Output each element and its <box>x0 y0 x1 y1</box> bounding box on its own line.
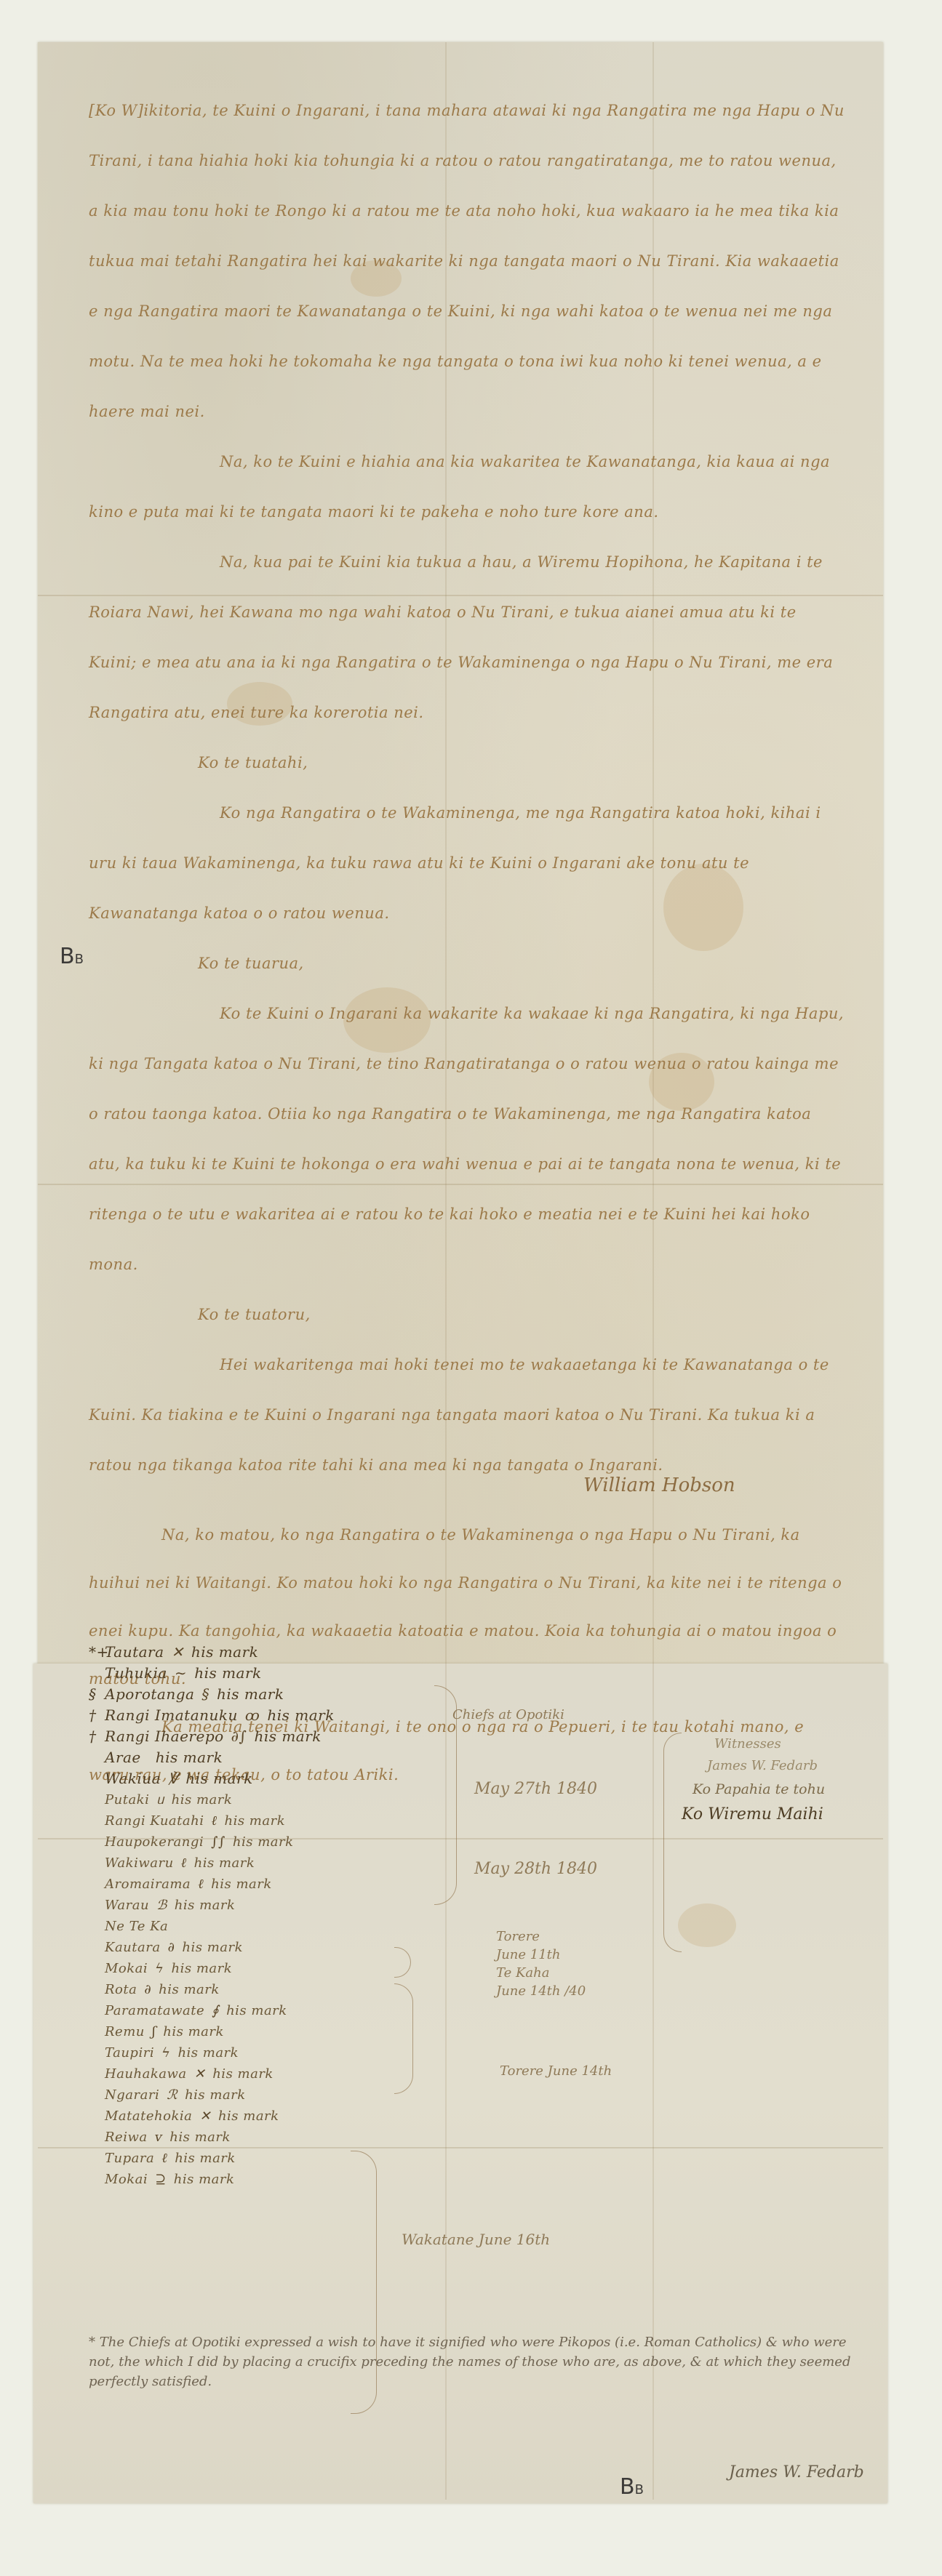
his-mark-label: his mark <box>163 2024 224 2039</box>
crucifix-marker: † <box>89 1705 105 1726</box>
chief-signature-row: Araehis mark <box>89 1747 467 1768</box>
witness-name: Ko Wiremu Maihi <box>682 1805 823 1823</box>
his-mark-label: his mark <box>254 1728 321 1745</box>
chief-name: Remu <box>105 2024 145 2039</box>
treaty-preamble: [Ko W]ikitoria, te Kuini o Ingarani, i t… <box>89 86 845 437</box>
crucifix-marker: *+ <box>89 1642 105 1663</box>
chief-signature-row: Haupokerangi∫∫his mark <box>89 1831 467 1853</box>
moko-mark-icon: ꝏ <box>245 1705 260 1726</box>
chief-signature-row: Warauℬhis mark <box>89 1895 467 1916</box>
chief-name: Haupokerangi <box>105 1834 204 1850</box>
chief-signature-row: §Aporotanga§his mark <box>89 1684 467 1705</box>
chief-name: Rangi Imatanuku <box>105 1706 238 1724</box>
witness-name: Ko Papahia te tohu <box>692 1781 825 1797</box>
treaty-paragraph: Na, kua pai te Kuini kia tukua a hau, a … <box>89 537 845 738</box>
moko-mark-icon: ᴠ <box>155 2127 163 2148</box>
moko-mark-icon: ϟ <box>161 2042 170 2063</box>
his-mark-label: his mark <box>169 2130 231 2145</box>
chief-signature-row: †Rangi Ihaerepo∂∫his mark <box>89 1726 467 1747</box>
archive-stamp: BB <box>60 944 84 969</box>
treaty-paragraph: Na, ko te Kuini e hiahia ana kia wakarit… <box>89 437 845 537</box>
chief-name: Reiwa <box>105 2130 148 2145</box>
chief-name: Warau <box>105 1898 149 1913</box>
brace <box>663 1733 682 1952</box>
chief-signature-row: *+Tautara✕his mark <box>89 1642 467 1663</box>
chief-name: Ne Te Ka <box>105 1919 168 1934</box>
chief-name: Mokai <box>105 2172 148 2187</box>
date-note: May 28th 1840 <box>474 1860 597 1878</box>
article-2-text: Ko te Kuini o Ingarani ka wakarite ka wa… <box>89 989 845 1290</box>
chief-signature-row: Kautara∂his mark <box>89 1937 467 1958</box>
his-mark-label: his mark <box>226 2003 287 2018</box>
chief-list: *+Tautara✕his markTuhukia∼his mark§Aporo… <box>89 1642 467 2190</box>
place-note: Wakatane June 16th <box>402 2231 550 2248</box>
chief-name: Tupara <box>105 2151 154 2166</box>
his-mark-label: his mark <box>267 1706 334 1724</box>
moko-mark-icon: ∂ <box>168 1937 175 1958</box>
chief-signature-row: Tuparaℓhis mark <box>89 2148 467 2169</box>
witness-label: Witnesses <box>714 1736 781 1752</box>
his-mark-label: his mark <box>191 1643 258 1661</box>
moko-mark-icon: ℓ <box>198 1874 204 1895</box>
chief-signature-row: Rangi Kuatahiℓhis mark <box>89 1810 467 1831</box>
his-mark-label: his mark <box>194 1855 255 1871</box>
place-note: Torere <box>496 1929 540 1944</box>
moko-mark-icon: ∮ <box>212 2000 219 2021</box>
his-mark-label: his mark <box>218 2108 279 2124</box>
place-note: Te Kaha <box>496 1965 550 1981</box>
moko-mark-icon: ⊇ <box>155 2169 167 2190</box>
chief-signature-row: Matatehokia✕his mark <box>89 2106 467 2127</box>
his-mark-label: his mark <box>185 2087 246 2103</box>
chief-name: Hauhakawa <box>105 2066 187 2082</box>
article-1-text: Ko nga Rangatira o te Wakaminenga, me ng… <box>89 788 845 939</box>
his-mark-label: his mark <box>185 1770 252 1787</box>
his-mark-label: his mark <box>174 2172 235 2187</box>
chief-signature-row: Aromairamaℓhis mark <box>89 1874 467 1895</box>
chief-signature-row: Wakiua℣his mark <box>89 1768 467 1789</box>
crucifix-marker: § <box>89 1684 105 1705</box>
his-mark-label: his mark <box>172 1792 233 1807</box>
chief-name: Rota <box>105 1982 137 1997</box>
chief-signature-row: Reiwaᴠhis mark <box>89 2127 467 2148</box>
date-note: June 14th /40 <box>496 1983 586 1999</box>
chief-name: Wakiua <box>105 1770 161 1787</box>
article-heading: Ko te tuarua, <box>89 939 845 989</box>
chief-name: Aporotanga <box>105 1685 194 1703</box>
crucifix-marker: † <box>89 1726 105 1747</box>
moko-mark-icon: ∫∫ <box>211 1831 225 1853</box>
chief-signature-row: Wakiwaruℓhis mark <box>89 1853 467 1874</box>
chief-name: Tautara <box>105 1643 164 1661</box>
hobson-signature: William Hobson <box>583 1474 735 1496</box>
chief-name: Kautara <box>105 1940 161 1955</box>
chief-signature-row: Ngarariℛhis mark <box>89 2085 467 2106</box>
his-mark-label: his mark <box>159 1982 220 1997</box>
treaty-sheet: [Ko W]ikitoria, te Kuini o Ingarani, i t… <box>38 42 883 2500</box>
moko-mark-icon: ʃ <box>152 2021 156 2042</box>
chief-signature-row: Ne Te Ka <box>89 1916 467 1937</box>
his-mark-label: his mark <box>172 1961 233 1976</box>
moko-mark-icon: ✕ <box>199 2106 211 2127</box>
article-heading: Ko te tuatoru, <box>89 1290 845 1340</box>
signature-section: *+Tautara✕his markTuhukia∼his mark§Aporo… <box>89 1642 874 2383</box>
chief-name: Tuhukia <box>105 1664 167 1682</box>
article-3-text: Hei wakaritenga mai hoki tenei mo te wak… <box>89 1340 845 1490</box>
footnote: * The Chiefs at Opotiki expressed a wish… <box>89 2332 874 2391</box>
date-note: May 27th 1840 <box>474 1780 597 1798</box>
place-note: Torere June 14th <box>500 2063 612 2079</box>
date-note: June 11th <box>496 1947 561 1962</box>
chief-name: Putaki <box>105 1792 149 1807</box>
his-mark-label: his mark <box>175 2151 236 2166</box>
his-mark-label: his mark <box>211 1877 272 1892</box>
chief-name: Rangi Ihaerepo <box>105 1728 224 1745</box>
article-heading: Ko te tuatahi, <box>89 738 845 788</box>
place-note: Chiefs at Opotiki <box>452 1707 564 1722</box>
moko-mark-icon: ℬ <box>156 1895 167 1916</box>
chief-name: Mokai <box>105 1961 148 1976</box>
moko-mark-icon: ✕ <box>172 1642 184 1663</box>
his-mark-label: his mark <box>224 1813 285 1829</box>
his-mark-label: his mark <box>175 1898 236 1913</box>
moko-mark-icon: ℓ <box>181 1853 187 1874</box>
moko-mark-icon: ϟ <box>155 1958 164 1979</box>
his-mark-label: his mark <box>156 1749 223 1766</box>
chief-signature-row: Putakiᥙhis mark <box>89 1789 467 1810</box>
his-mark-label: his mark <box>212 2066 274 2082</box>
his-mark-label: his mark <box>217 1685 284 1703</box>
chief-name: Aromairama <box>105 1877 191 1892</box>
moko-mark-icon: ∼ <box>175 1663 187 1684</box>
fedarb-signature: James W. Fedarb <box>729 2463 864 2481</box>
chief-name: Arae <box>105 1749 141 1766</box>
chief-name: Rangi Kuatahi <box>105 1813 204 1829</box>
chief-name: Paramatawate <box>105 2003 204 2018</box>
chief-name: Taupiri <box>105 2045 154 2061</box>
his-mark-label: his mark <box>194 1664 261 1682</box>
moko-mark-icon: ∂∫ <box>231 1726 247 1747</box>
archive-stamp: BB <box>620 2474 644 2500</box>
moko-mark-icon: § <box>201 1684 209 1705</box>
chief-name: Matatehokia <box>105 2108 192 2124</box>
moko-mark-icon: ✕ <box>194 2063 206 2085</box>
moko-mark-icon: ᥙ <box>156 1789 164 1810</box>
chief-signature-row: †Rangi Imatanukuꝏhis mark <box>89 1705 467 1726</box>
treaty-text: [Ko W]ikitoria, te Kuini o Ingarani, i t… <box>89 86 845 1490</box>
his-mark-label: his mark <box>182 1940 243 1955</box>
moko-mark-icon: ℣ <box>168 1768 178 1789</box>
moko-mark-icon: ∂ <box>144 1979 151 2000</box>
witness-name: James W. Fedarb <box>707 1758 818 1773</box>
moko-mark-icon: ℛ <box>167 2085 177 2106</box>
moko-mark-icon: ℓ <box>161 2148 167 2169</box>
brace <box>394 1983 413 2094</box>
his-mark-label: his mark <box>177 2045 239 2061</box>
moko-mark-icon: ℓ <box>211 1810 217 1831</box>
chief-signature-row: Mokai⊇his mark <box>89 2169 467 2190</box>
chief-signature-row: Tuhukia∼his mark <box>89 1663 467 1684</box>
chief-name: Ngarari <box>105 2087 159 2103</box>
his-mark-label: his mark <box>233 1834 294 1850</box>
chief-name: Wakiwaru <box>105 1855 174 1871</box>
